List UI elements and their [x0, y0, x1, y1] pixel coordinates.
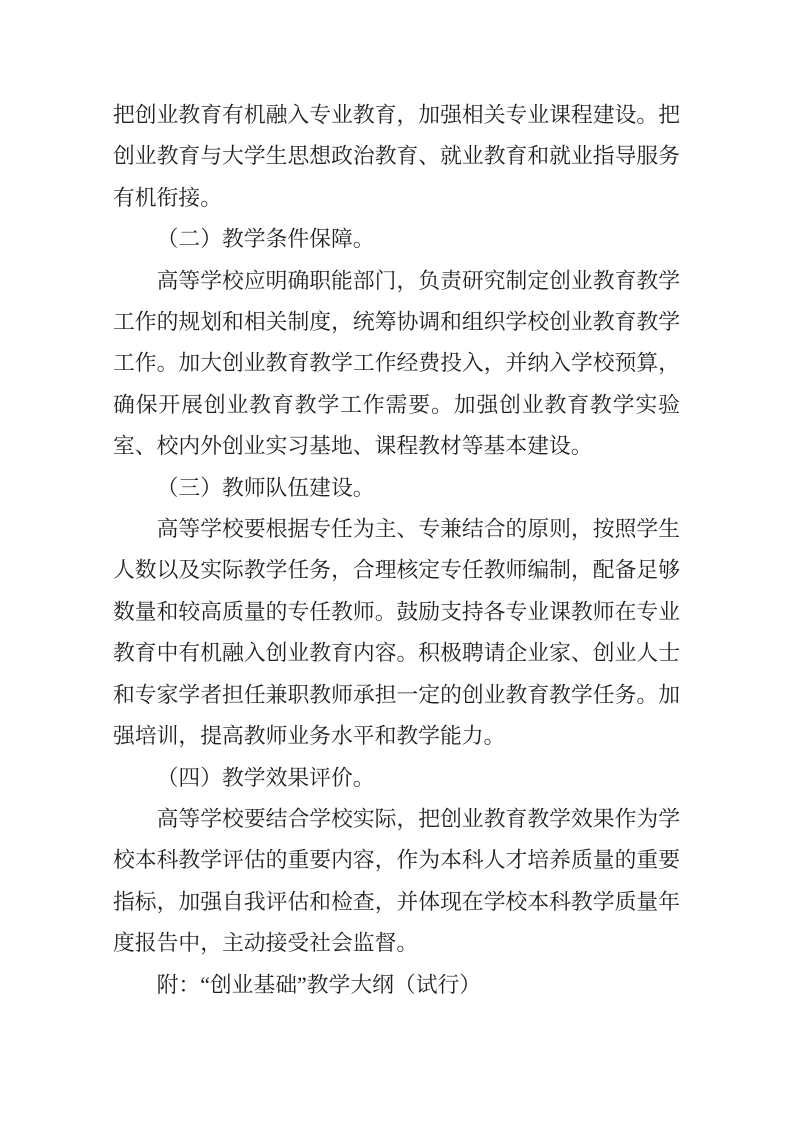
paragraph-teacher-team: 高等学校要根据专任为主、专兼结合的原则，按照学生人数以及实际教学任务，合理核定专… — [113, 509, 680, 757]
document-text-block: 把创业教育有机融入专业教育，加强相关专业课程建设。把创业教育与大学生思想政治教育… — [113, 95, 680, 1006]
paragraph-teaching-conditions: 高等学校应明确职能部门，负责研究制定创业教育教学工作的规划和相关制度，统筹协调和… — [113, 261, 680, 468]
document-page: 把创业教育有机融入专业教育，加强相关专业课程建设。把创业教育与大学生思想政治教育… — [0, 0, 793, 1122]
paragraph-continuation: 把创业教育有机融入专业教育，加强相关专业课程建设。把创业教育与大学生思想政治教育… — [113, 95, 680, 219]
section-heading-teaching-conditions: （二）教学条件保障。 — [113, 219, 680, 260]
attachment-note: 附：“创业基础”教学大纲（试行） — [113, 965, 680, 1006]
paragraph-teaching-evaluation: 高等学校要结合学校实际，把创业教育教学效果作为学校本科教学评估的重要内容，作为本… — [113, 799, 680, 965]
section-heading-teacher-team: （三）教师队伍建设。 — [113, 468, 680, 509]
section-heading-teaching-evaluation: （四）教学效果评价。 — [113, 758, 680, 799]
